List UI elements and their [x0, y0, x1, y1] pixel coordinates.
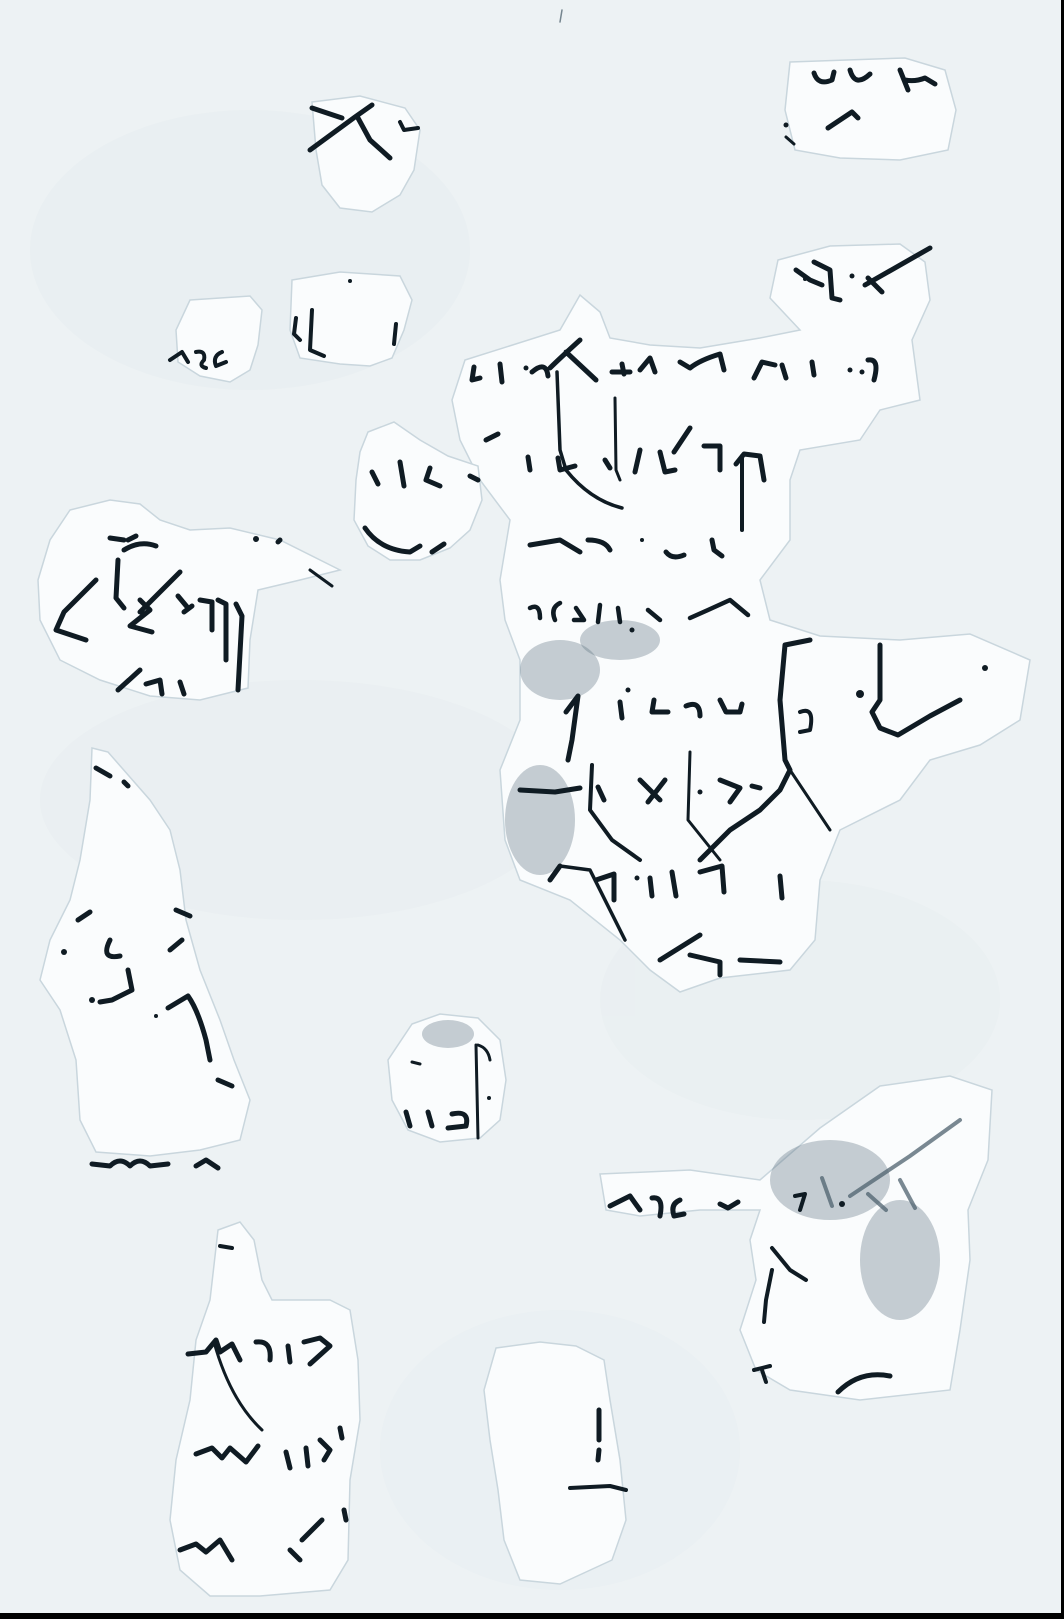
frag-top-right [784, 58, 957, 160]
papyrus-photograph: Photograph of ancient papyrus fragments … [0, 0, 1061, 1613]
stray-mark [560, 10, 562, 22]
frag-bottom-left [170, 1222, 360, 1596]
frag-main-column [452, 244, 1030, 992]
frag-center-small [388, 1014, 506, 1142]
frag-left-middle [38, 500, 340, 700]
